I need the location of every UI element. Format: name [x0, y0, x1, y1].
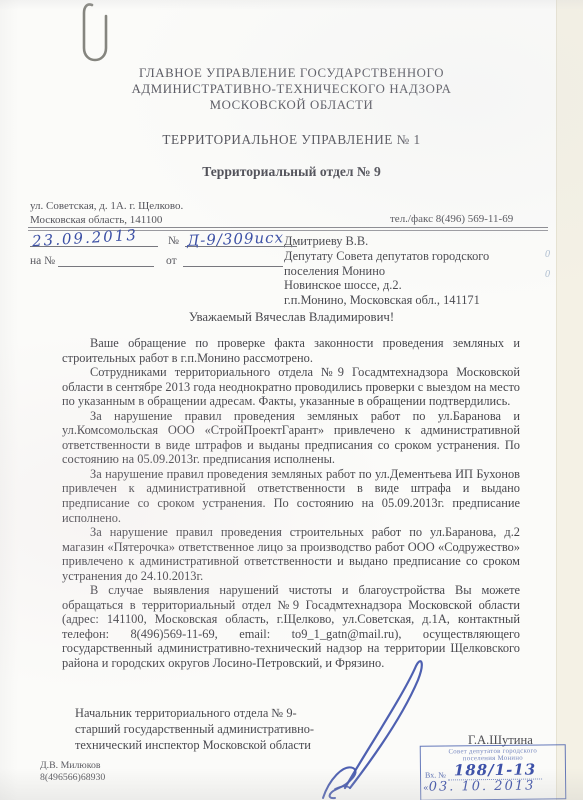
org-name-line3: МОСКОВСКОЙ ОБЛАСТИ: [0, 98, 583, 114]
incoming-registration-stamp: Совет депутатов городского поселения Мон…: [420, 744, 567, 800]
executor-block: Д.В. Милюков 8(496566)68930: [40, 760, 105, 784]
reply-number-underline: [58, 252, 154, 267]
margin-mark-1: 0: [545, 249, 550, 260]
signatory-position-line1: Начальник территориального отдела № 9-: [75, 706, 314, 722]
recipient-title-line1: Депутату Совета депутатов городского: [284, 249, 489, 264]
recipient-address-line1: Новинское шоссе, д.2.: [284, 278, 489, 293]
sender-address-line2: Московская область, 141100: [30, 214, 183, 228]
signatory-position-block: Начальник территориального отдела № 9- с…: [75, 706, 314, 753]
date-underline: 23.09.2013: [30, 232, 158, 247]
reference-row-1: 23.09.2013 № Д-9/309исх: [30, 232, 297, 252]
department-title: Территориальный отдел № 9: [0, 164, 583, 180]
body-paragraph-3: За нарушение правил проведения земляных …: [62, 409, 520, 467]
salutation: Уважаемый Вячеслав Владимирович!: [0, 310, 583, 325]
reply-date-underline: [183, 252, 283, 267]
stamp-handwritten-date: 03. 10. 2013: [429, 779, 536, 795]
org-name-line2: АДМИНИСТРАТИВНО-ТЕХНИЧЕСКОГО НАДЗОРА: [0, 82, 583, 98]
number-label: №: [168, 235, 179, 247]
org-name-line1: ГЛАВНОЕ УПРАВЛЕНИЕ ГОСУДАРСТВЕННОГО: [0, 66, 583, 82]
body-paragraph-5: За нарушение правил проведения строитель…: [62, 525, 520, 583]
scan-edge-strip: [556, 0, 583, 800]
recipient-title-line2: поселения Монино: [284, 264, 489, 279]
executor-name: Д.В. Милюков: [40, 760, 105, 772]
sender-phone: тел./факс 8(496) 569-11-69: [390, 213, 513, 225]
body-paragraph-1: Ваше обращение по проверке факта законно…: [62, 336, 520, 365]
reply-label: на №: [30, 255, 55, 267]
signatory-position-line2: старший государственный административно-: [75, 722, 314, 738]
number-underline: Д-9/309исх: [185, 232, 297, 247]
recipient-block: Дмитриеву В.В. Депутату Совета депутатов…: [284, 234, 489, 308]
stamp-handwritten-number: 188/1-13: [448, 760, 543, 780]
division-title: ТЕРРИТОРИАЛЬНОЕ УПРАВЛЕНИЕ № 1: [0, 132, 583, 148]
sender-address: ул. Советская, д. 1А. г. Щелково. Москов…: [30, 200, 183, 227]
paperclip-icon: [80, 0, 114, 74]
reference-row-2: на № от: [30, 252, 297, 272]
body-paragraph-4: За нарушение правил проведения земляных …: [62, 467, 520, 525]
body-paragraph-2: Сотрудниками территориального отдела №9 …: [62, 365, 520, 409]
scanned-letter-page: ГЛАВНОЕ УПРАВЛЕНИЕ ГОСУДАРСТВЕННОГО АДМИ…: [0, 0, 583, 800]
letter-body: Ваше обращение по проверке факта законно…: [62, 336, 520, 671]
handwritten-number: Д-9/309исх: [187, 228, 285, 249]
reference-block: 23.09.2013 № Д-9/309исх на № от: [30, 232, 297, 272]
recipient-name: Дмитриеву В.В.: [284, 234, 489, 249]
signatory-position-line3: технический инспектор Московской области: [75, 738, 314, 754]
executor-phone: 8(496566)68930: [40, 772, 105, 784]
stamp-incoming-label: Вх. №: [425, 770, 446, 779]
reply-from-label: от: [166, 255, 177, 267]
stamp-date-row: «03. 10. 2013: [423, 778, 565, 794]
margin-mark-2: 0: [545, 269, 550, 280]
recipient-address-line2: г.п.Монино, Московская обл., 141171: [284, 293, 489, 308]
sender-address-line1: ул. Советская, д. 1А. г. Щелково.: [30, 200, 183, 214]
